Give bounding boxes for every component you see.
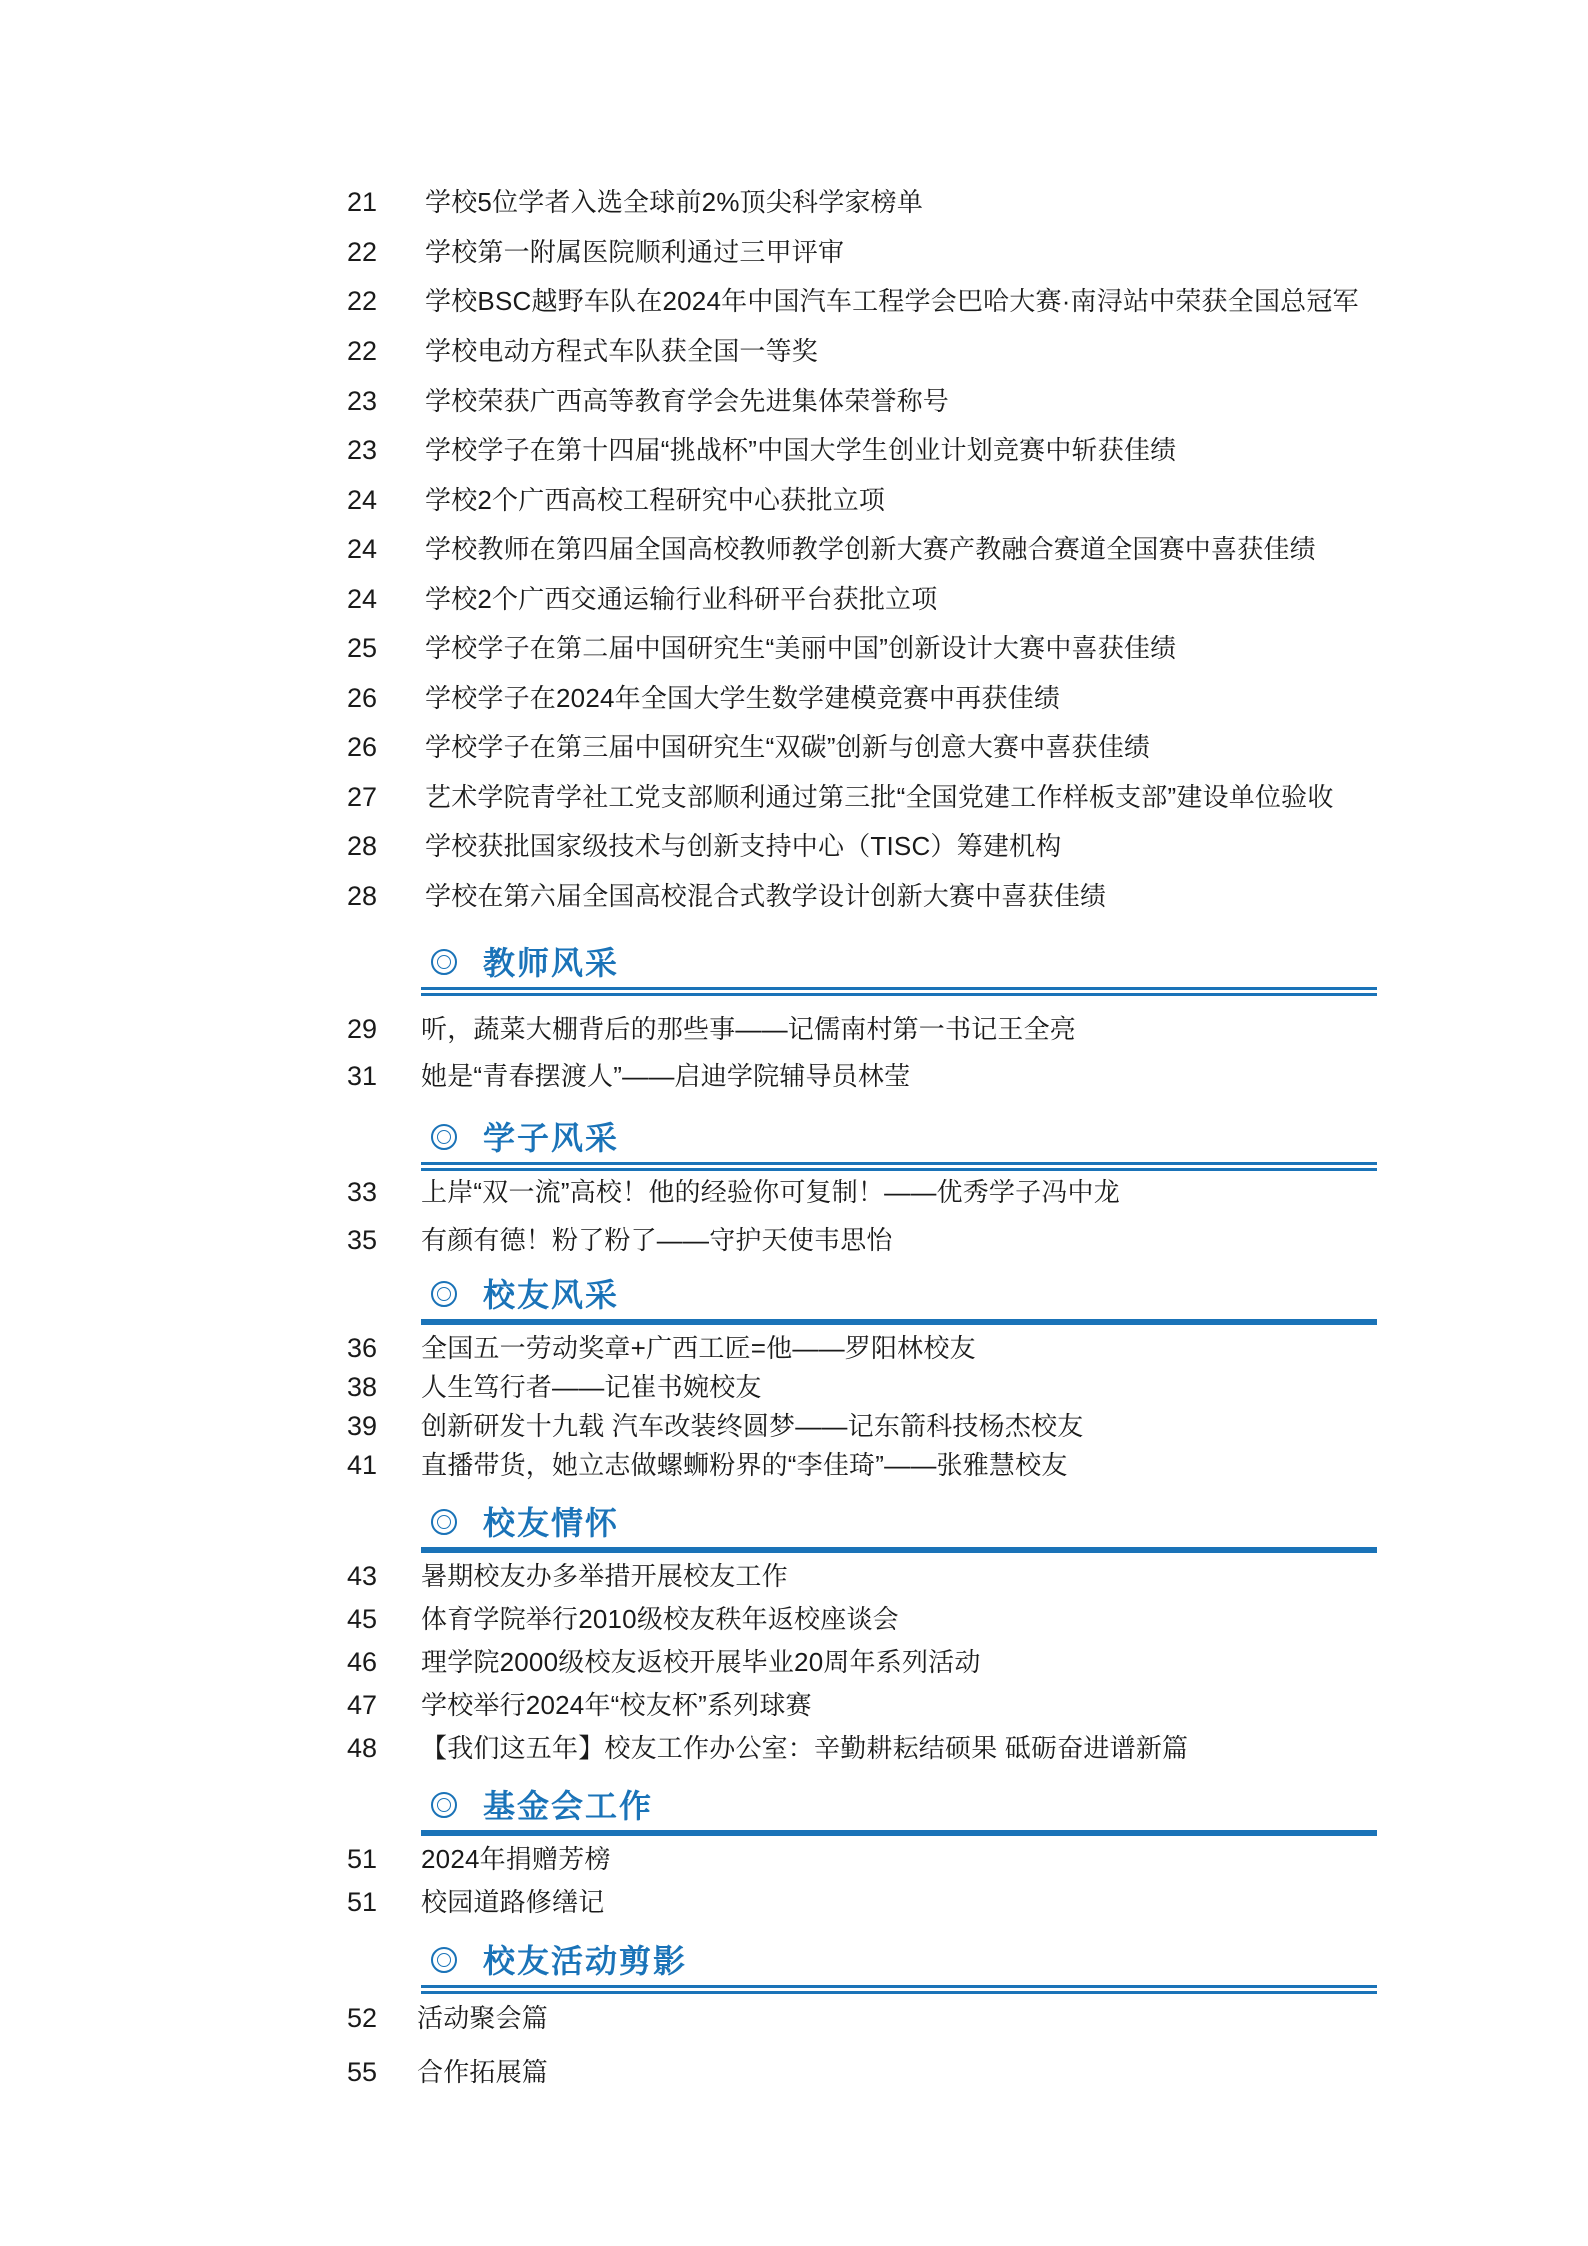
double-circle-icon <box>431 1124 457 1150</box>
entry-title: 听，蔬菜大棚背后的那些事——记儒南村第一书记王全亮 <box>421 1011 1076 1047</box>
page-number: 28 <box>347 828 407 864</box>
section-header-students: 学子风采 <box>421 1110 1377 1170</box>
page-number: 35 <box>347 1222 407 1258</box>
page-number: 52 <box>347 2000 407 2036</box>
entry-title: 学校教师在第四届全国高校教师教学创新大赛产教融合赛道全国赛中喜获佳绩 <box>425 531 1316 567</box>
entry-title: 学校2个广西高校工程研究中心获批立项 <box>425 482 885 518</box>
entry-title: 全国五一劳动奖章+广西工匠=他——罗阳林校友 <box>421 1330 976 1366</box>
entry-title: 学校学子在第十四届“挑战杯”中国大学生创业计划竞赛中斩获佳绩 <box>425 432 1176 468</box>
double-circle-icon <box>431 1947 457 1973</box>
page-number: 43 <box>347 1558 407 1594</box>
page-number: 33 <box>347 1174 407 1210</box>
section-header-alumni-sentiment: 校友情怀 <box>421 1495 1377 1555</box>
page-number: 38 <box>347 1369 407 1405</box>
entry-title: 她是“青春摆渡人”——启迪学院辅导员林莹 <box>421 1058 910 1094</box>
entry-title: 艺术学院青学社工党支部顺利通过第三批“全国党建工作样板支部”建设单位验收 <box>425 779 1334 815</box>
double-circle-icon <box>431 1281 457 1307</box>
page-number: 25 <box>347 630 407 666</box>
entry-title: 直播带货，她立志做螺蛳粉界的“李佳琦”——张雅慧校友 <box>421 1447 1068 1483</box>
entry-title: 2024年捐赠芳榜 <box>421 1841 611 1877</box>
entry-title: 学校5位学者入选全球前2%顶尖科学家榜单 <box>425 184 923 220</box>
entry-title: 活动聚会篇 <box>417 2000 548 2036</box>
entry-title: 【我们这五年】校友工作办公室：辛勤耕耘结硕果 砥砺奋进谱新篇 <box>421 1730 1188 1766</box>
entry-title: 人生笃行者——记崔书婉校友 <box>421 1369 762 1405</box>
entry-title: 有颜有德！粉了粉了——守护天使韦思怡 <box>421 1222 893 1258</box>
entry-title: 暑期校友办多举措开展校友工作 <box>421 1558 788 1594</box>
page-number: 23 <box>347 432 407 468</box>
entry-title: 体育学院举行2010级校友秩年返校座谈会 <box>421 1601 899 1637</box>
section-header-foundation: 基金会工作 <box>421 1778 1377 1838</box>
page-number: 22 <box>347 234 407 270</box>
entry-title: 学校学子在第三届中国研究生“双碳”创新与创意大赛中喜获佳绩 <box>425 729 1150 765</box>
page-number: 24 <box>347 482 407 518</box>
section-divider <box>421 987 1377 996</box>
section-header-alumni-style: 校友风采 <box>421 1267 1377 1327</box>
section-divider <box>421 1985 1377 1994</box>
page-number: 47 <box>347 1687 407 1723</box>
entry-title: 学校在第六届全国高校混合式教学设计创新大赛中喜获佳绩 <box>425 878 1106 914</box>
page-number: 23 <box>347 383 407 419</box>
section-divider <box>421 1830 1377 1836</box>
double-circle-icon <box>431 1509 457 1535</box>
entry-title: 学校第一附属医院顺利通过三甲评审 <box>425 234 844 270</box>
page-number: 22 <box>347 283 407 319</box>
section-divider <box>421 1162 1377 1171</box>
page-number: 45 <box>347 1601 407 1637</box>
page-number: 29 <box>347 1011 407 1047</box>
entry-title: 学校BSC越野车队在2024年中国汽车工程学会巴哈大赛·南浔站中荣获全国总冠军 <box>425 283 1359 319</box>
section-title: 校友情怀 <box>483 1503 619 1543</box>
page-number: 39 <box>347 1408 407 1444</box>
double-circle-icon <box>431 1792 457 1818</box>
section-title: 学子风采 <box>483 1118 619 1158</box>
entry-title: 学校学子在2024年全国大学生数学建模竞赛中再获佳绩 <box>425 680 1060 716</box>
entry-title: 创新研发十九载 汽车改装终圆梦——记东箭科技杨杰校友 <box>421 1408 1083 1444</box>
entry-title: 理学院2000级校友返校开展毕业20周年系列活动 <box>421 1644 981 1680</box>
section-header-teachers: 教师风采 <box>421 935 1377 995</box>
entry-title: 学校获批国家级技术与创新支持中心（TISC）筹建机构 <box>425 828 1061 864</box>
page-number: 48 <box>347 1730 407 1766</box>
page-number: 51 <box>347 1841 407 1877</box>
entry-title: 学校举行2024年“校友杯”系列球赛 <box>421 1687 812 1723</box>
page-number: 31 <box>347 1058 407 1094</box>
page-number: 51 <box>347 1884 407 1920</box>
entry-title: 学校学子在第二届中国研究生“美丽中国”创新设计大赛中喜获佳绩 <box>425 630 1176 666</box>
page-number: 22 <box>347 333 407 369</box>
page-number: 21 <box>347 184 407 220</box>
page-number: 26 <box>347 680 407 716</box>
section-title: 基金会工作 <box>483 1786 653 1826</box>
entry-title: 校园道路修缮记 <box>421 1884 604 1920</box>
section-title: 校友风采 <box>483 1275 619 1315</box>
page-number: 41 <box>347 1447 407 1483</box>
double-circle-icon <box>431 949 457 975</box>
entry-title: 学校荣获广西高等教育学会先进集体荣誉称号 <box>425 383 949 419</box>
entry-title: 学校电动方程式车队获全国一等奖 <box>425 333 818 369</box>
page-number: 24 <box>347 531 407 567</box>
page-number: 28 <box>347 878 407 914</box>
page-number: 26 <box>347 729 407 765</box>
section-header-alumni-activities: 校友活动剪影 <box>421 1933 1377 1993</box>
section-title: 校友活动剪影 <box>483 1941 687 1981</box>
section-divider <box>421 1319 1377 1325</box>
section-divider <box>421 1547 1377 1553</box>
entry-title: 学校2个广西交通运输行业科研平台获批立项 <box>425 581 937 617</box>
page-number: 36 <box>347 1330 407 1366</box>
page-number: 27 <box>347 779 407 815</box>
page-number: 46 <box>347 1644 407 1680</box>
page-number: 24 <box>347 581 407 617</box>
entry-title: 合作拓展篇 <box>417 2054 548 2090</box>
page-number: 55 <box>347 2054 407 2090</box>
entry-title: 上岸“双一流”高校！他的经验你可复制！——优秀学子冯中龙 <box>421 1174 1120 1210</box>
section-title: 教师风采 <box>483 943 619 983</box>
